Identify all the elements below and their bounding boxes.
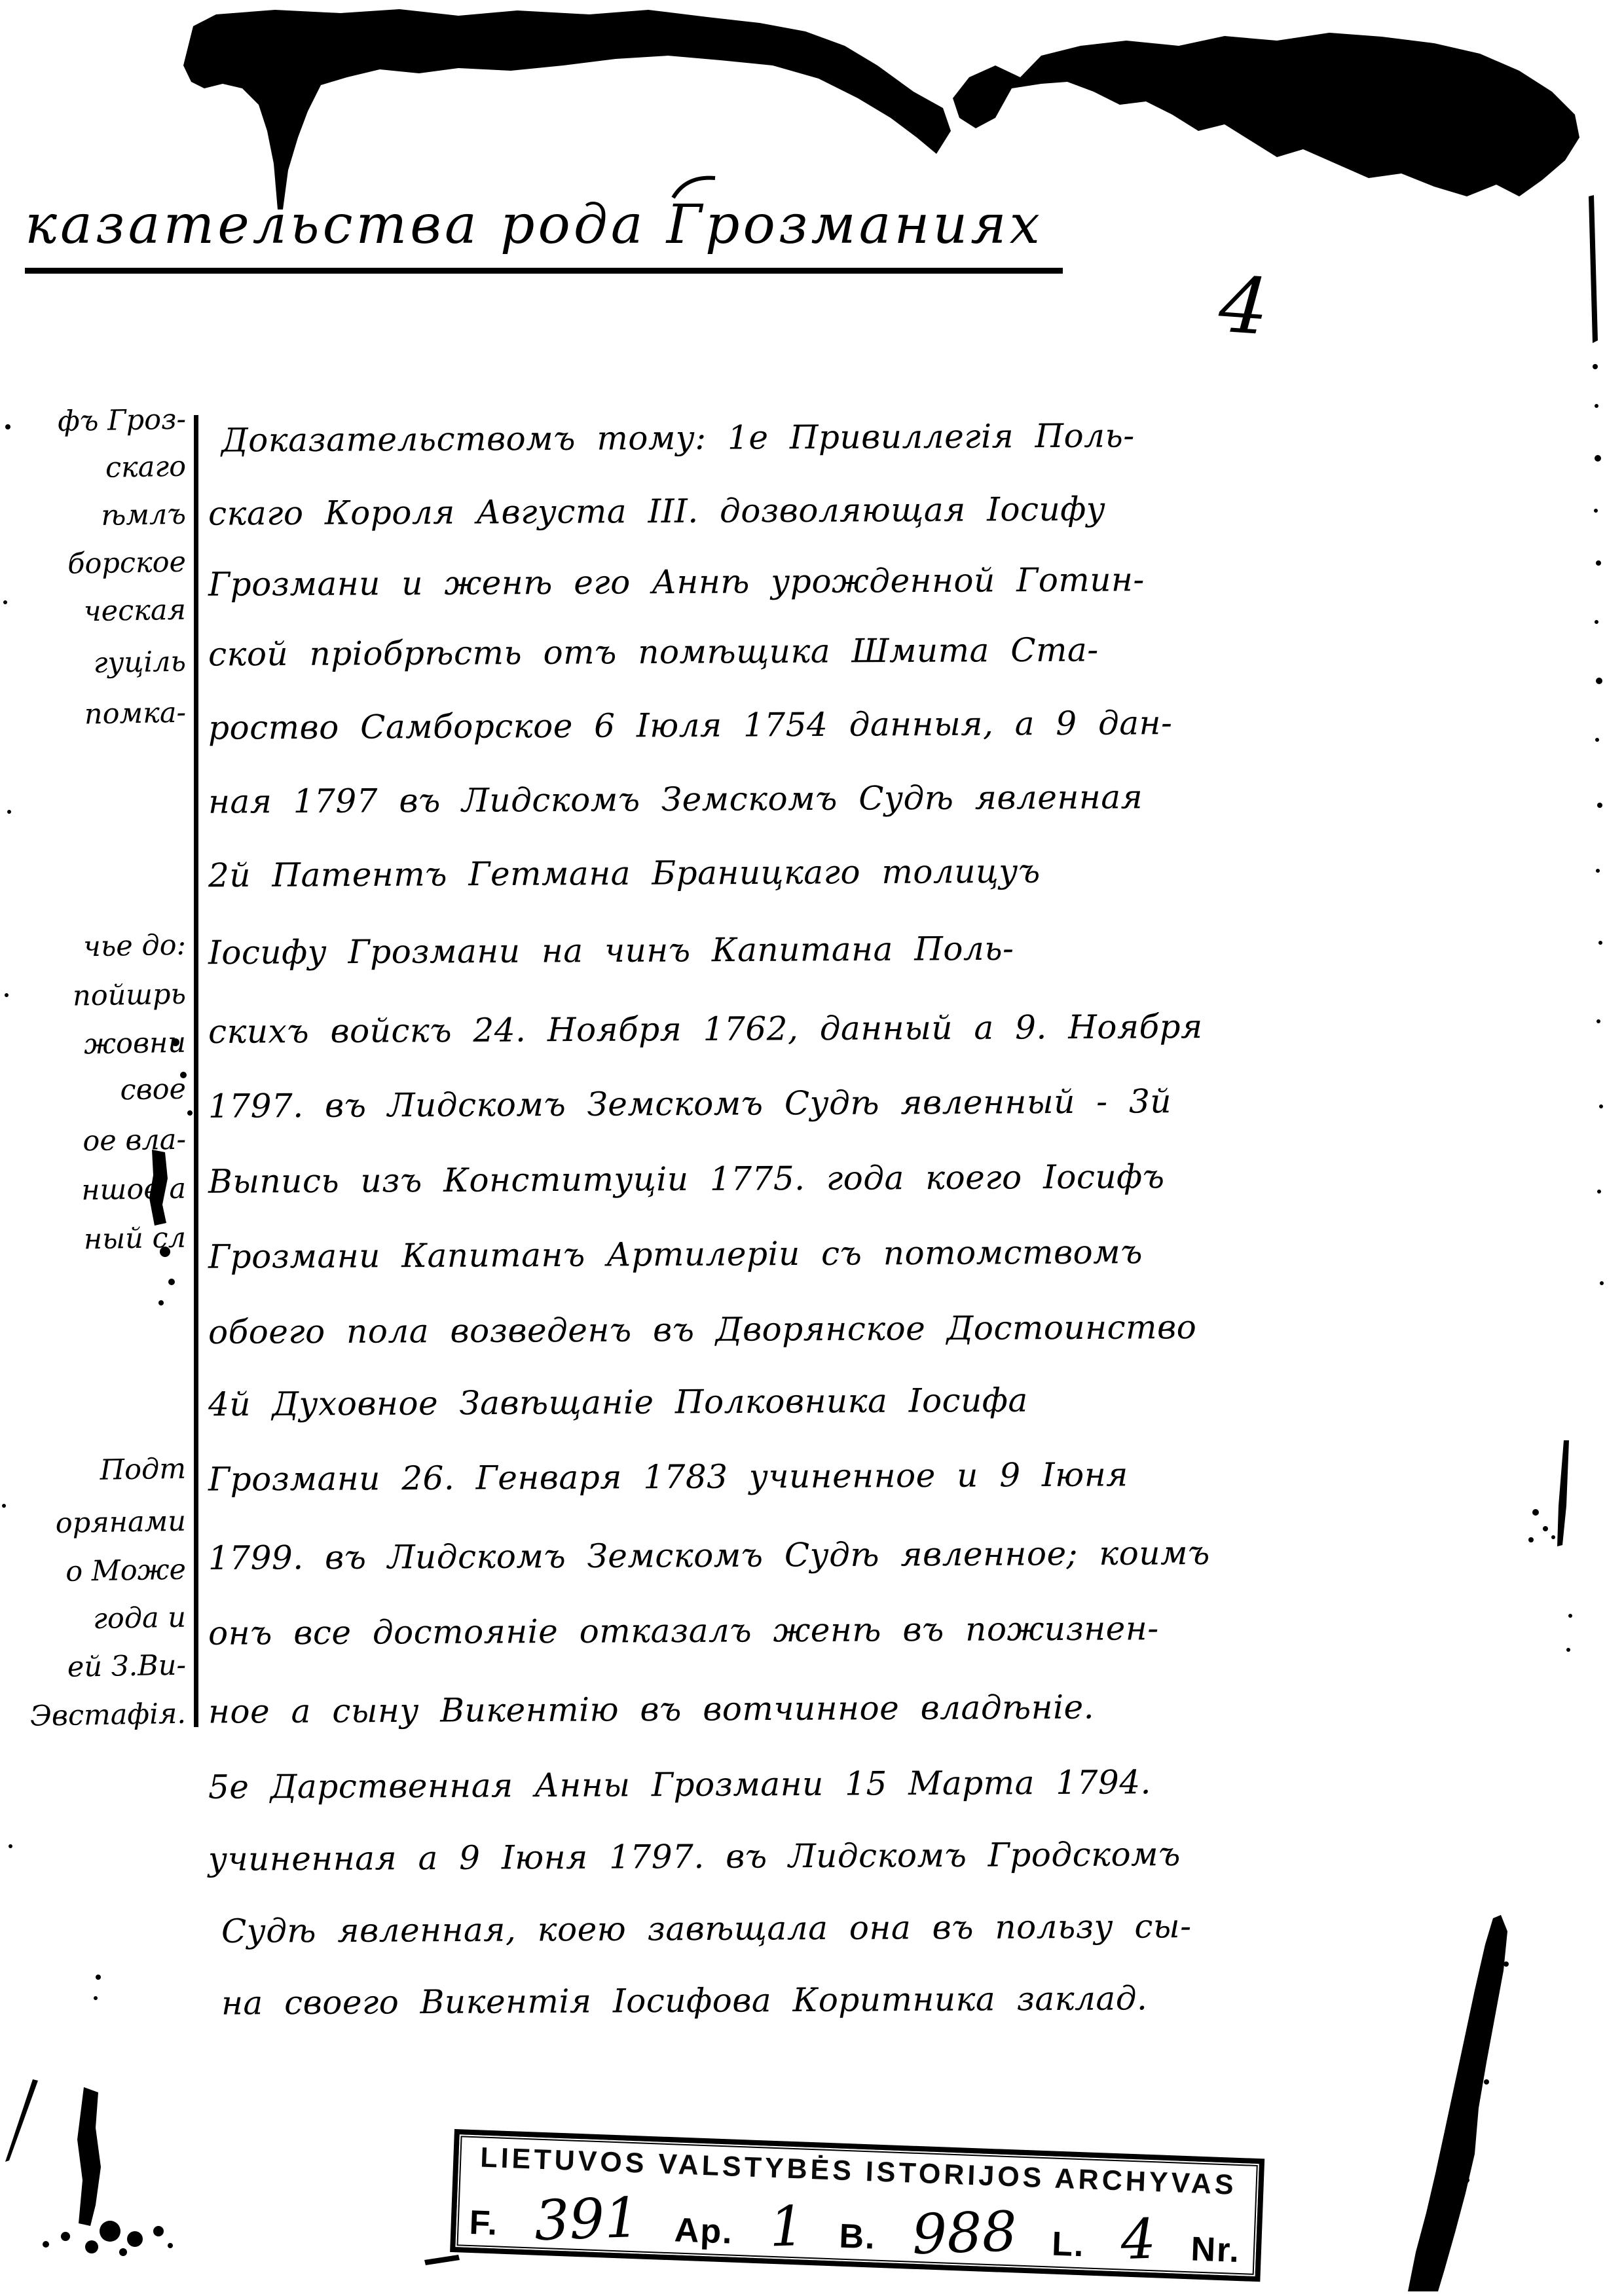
- margin-rule: [194, 415, 198, 1727]
- bottom-left-ink-smudge: [5, 1975, 173, 2256]
- body-line: ное а сыну Викентію въ вотчинное владѣні…: [208, 1688, 1094, 1730]
- body-line: 5е Дарственная Анны Грозмани 15 Марта 17…: [208, 1763, 1151, 1806]
- body-line: роство Самборское 6 Іюля 1754 данныя, а …: [208, 704, 1173, 747]
- margin-note: свое: [8, 1073, 187, 1109]
- body-line: 2й Патентъ Гетмана Браницкаго толицуъ: [208, 852, 1041, 895]
- body-line: Доказательствомъ тому: 1е Привиллегія По…: [221, 416, 1135, 459]
- body-line: ная 1797 въ Лидскомъ Земскомъ Судѣ явлен…: [208, 778, 1143, 820]
- body-line: Грозмани и женѣ его Аннѣ урожденной Готи…: [208, 560, 1145, 603]
- margin-note: фъ Гроз-: [8, 403, 187, 439]
- margin-note: года и: [8, 1601, 187, 1637]
- margin-note: ѣмлъ: [8, 498, 187, 534]
- apyrasas-value: 1: [769, 2213, 805, 2240]
- byla-label: B.: [839, 2217, 877, 2257]
- margin-note: орянами: [8, 1505, 187, 1541]
- body-line: обоего пола возведенъ въ Дворянское Дост…: [208, 1308, 1197, 1351]
- fond-label: F.: [469, 2203, 500, 2244]
- page-title: казательства рода Грозманиях: [25, 194, 1063, 274]
- margin-note: борское: [8, 546, 187, 582]
- lapas-label: L.: [1051, 2225, 1085, 2265]
- body-line: скаго Короля Августа III. дозволяющая Іо…: [208, 490, 1106, 532]
- body-line: Грозмани 26. Генваря 1783 учиненное и 9 …: [208, 1455, 1128, 1498]
- ink-damage-overlay: [0, 0, 1624, 2296]
- body-line: 1799. въ Лидскомъ Земскомъ Судѣ явленное…: [208, 1534, 1210, 1577]
- body-line: учиненная а 9 Іюня 1797. въ Лидскомъ Гро…: [208, 1835, 1181, 1878]
- body-line: Іосифу Грозмани на чинъ Капитана Поль-: [208, 930, 1014, 972]
- lapas-value: 4: [1120, 2225, 1156, 2253]
- body-line: 1797. въ Лидскомъ Земскомъ Судѣ явленный…: [208, 1082, 1172, 1125]
- top-left-ink-blot: [183, 9, 951, 210]
- margin-note: ей З.Ви-: [8, 1649, 187, 1685]
- margin-note: ншое а: [8, 1173, 187, 1209]
- manuscript-page: казательства рода Грозманиях 4 фъ Гроз- …: [0, 0, 1624, 2296]
- margin-note: ое вла-: [8, 1123, 187, 1159]
- fond-value: 391: [534, 2204, 640, 2234]
- archive-stamp: LIETUVOS VALSTYBĖS ISTORIJOS ARCHYVAS F.…: [450, 2129, 1264, 2282]
- margin-note: скаго: [8, 450, 187, 486]
- body-line: Выпись изъ Конституціи 1775. года коего …: [208, 1157, 1165, 1201]
- body-line: скихъ войскъ 24. Ноября 1762, данный а 9…: [208, 1008, 1203, 1051]
- right-bottom-specks: [1444, 1961, 1509, 2216]
- margin-note: помка-: [8, 697, 187, 733]
- top-right-ink-blot: [953, 33, 1579, 196]
- right-mid-tear: [1528, 1440, 1572, 1652]
- right-edge-crack: [1589, 195, 1598, 343]
- apyrasas-label: Ap.: [674, 2210, 734, 2251]
- body-line: Судѣ явленная, коею завѣщала она въ поль…: [221, 1907, 1192, 1950]
- nr-label: Nr.: [1190, 2229, 1241, 2270]
- margin-note: пойшрь: [8, 978, 187, 1014]
- margin-note: ный сл: [8, 1222, 187, 1258]
- margin-note: чье до:: [8, 929, 187, 965]
- margin-note: Подт: [8, 1453, 187, 1489]
- folio-number: 4: [1216, 259, 1272, 353]
- right-edge-specks: [1593, 364, 1604, 1285]
- body-line: Грозмани Капитанъ Артилеріи съ потомство…: [208, 1233, 1143, 1275]
- margin-note: ческая: [8, 594, 187, 630]
- margin-note: о Може: [8, 1554, 187, 1590]
- archive-stamp-reference: F. 391 Ap. 1 B. 988 L. 4 Nr.: [468, 2202, 1245, 2270]
- margin-note: жовни: [8, 1027, 187, 1063]
- body-line: онъ все достояніе отказалъ женѣ въ пожиз…: [208, 1609, 1159, 1652]
- body-line: ской пріобрѣсть отъ помѣщика Шмита Ста-: [208, 630, 1099, 673]
- stamp-pen-dash: [424, 2255, 460, 2265]
- byla-value: 988: [912, 2218, 1018, 2248]
- margin-note: Эвстафія.: [8, 1698, 187, 1734]
- body-line: 4й Духовное Завѣщаніе Полковника Іосифа: [208, 1381, 1028, 1424]
- margin-note: гуціль: [8, 646, 187, 682]
- right-bottom-tear: [1408, 1915, 1507, 2291]
- body-line: на своего Викентія Іосифова Коритника за…: [221, 1979, 1148, 2022]
